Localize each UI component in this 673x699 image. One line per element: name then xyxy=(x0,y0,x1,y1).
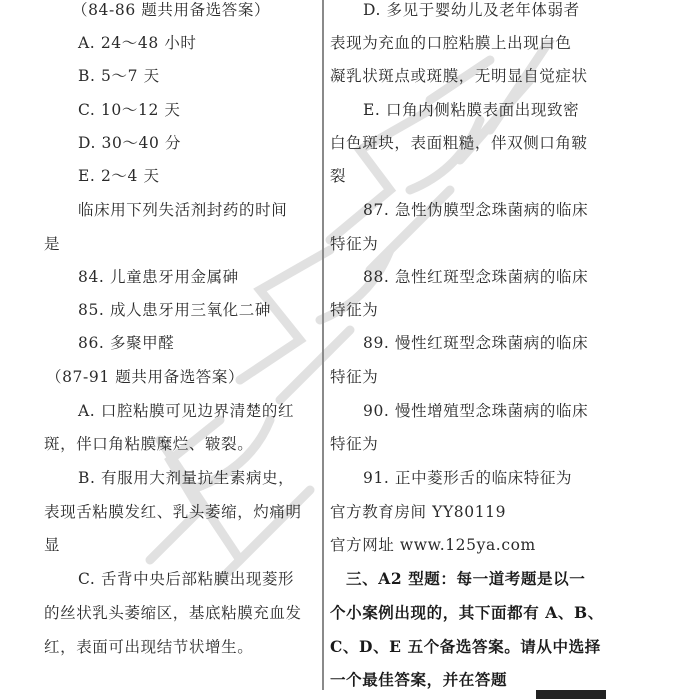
option-d: D. 多见于婴幼儿及老年体弱者 xyxy=(363,0,580,20)
option-e-cont: 白色斑块，表面粗糙，伴双侧口角皲 xyxy=(330,133,588,153)
column-divider xyxy=(322,0,324,690)
option-b: B. 有服用大剂量抗生素病史， xyxy=(78,468,294,488)
question-85: 85. 成人患牙用三氧化二砷 xyxy=(78,300,271,320)
option-a-cont: 斑，伴口角粘膜糜烂、皲裂。 xyxy=(44,434,253,454)
section-instructions: 一个最佳答案，并在答题 xyxy=(330,670,507,690)
option-c-cont: 的丝状乳头萎缩区，基底粘膜充血发 xyxy=(44,603,302,623)
question-group-header: （87-91 题共用备选答案） xyxy=(46,367,244,387)
section-instructions: C、D、E 五个备选答案。请从中选择 xyxy=(330,637,601,657)
question-89-cont: 特征为 xyxy=(330,367,378,387)
document-page: （84-86 题共用备选答案） A. 24～48 小时 B. 5～7 天 C. … xyxy=(0,0,673,699)
option-d-cont: 凝乳状斑点或斑膜，无明显自觉症状 xyxy=(330,66,588,86)
question-84: 84. 儿童患牙用金属砷 xyxy=(78,267,239,287)
official-room-text: 官方教育房间 YY80119 xyxy=(330,502,506,522)
question-91: 91. 正中菱形舌的临床特征为 xyxy=(363,468,572,488)
question-88: 88. 急性红斑型念珠菌病的临床 xyxy=(363,267,588,287)
cropped-footer-graphic xyxy=(536,690,606,699)
question-90-cont: 特征为 xyxy=(330,434,378,454)
option-a: A. 口腔粘膜可见边界清楚的红 xyxy=(78,401,294,421)
option-c: C. 10～12 天 xyxy=(78,100,181,120)
question-89: 89. 慢性红斑型念珠菌病的临床 xyxy=(363,333,588,353)
section-instructions: 个小案例出现的，其下面都有 A、B、 xyxy=(330,603,604,623)
option-b: B. 5～7 天 xyxy=(78,66,160,86)
question-stem: 临床用下列失活剂封药的时间 xyxy=(78,200,287,220)
option-b-cont: 表现舌粘膜发红、乳头萎缩，灼痛明 xyxy=(44,502,302,522)
option-d: D. 30～40 分 xyxy=(78,133,181,153)
option-e: E. 2～4 天 xyxy=(78,166,160,186)
option-e: E. 口角内侧粘膜表面出现致密 xyxy=(363,100,579,120)
option-e-cont: 裂 xyxy=(330,166,346,186)
option-d-cont: 表现为充血的口腔粘膜上出现白色 xyxy=(330,33,572,53)
question-87-cont: 特征为 xyxy=(330,234,378,254)
official-website-text: 官方网址 www.125ya.com xyxy=(330,535,536,555)
question-88-cont: 特征为 xyxy=(330,300,378,320)
option-b-cont: 显 xyxy=(44,535,60,555)
question-group-header: （84-86 题共用备选答案） xyxy=(72,0,270,20)
option-c-cont: 红，表面可出现结节状增生。 xyxy=(44,637,253,657)
question-86: 86. 多聚甲醛 xyxy=(78,333,174,353)
question-stem-cont: 是 xyxy=(44,234,60,254)
option-c: C. 舌背中央后部粘膜出现菱形 xyxy=(78,569,294,589)
option-a: A. 24～48 小时 xyxy=(78,33,197,53)
question-90: 90. 慢性增殖型念珠菌病的临床 xyxy=(363,401,588,421)
question-87: 87. 急性伪膜型念珠菌病的临床 xyxy=(363,200,588,220)
section-heading-a2: 三、A2 型题：每一道考题是以一 xyxy=(346,569,585,589)
